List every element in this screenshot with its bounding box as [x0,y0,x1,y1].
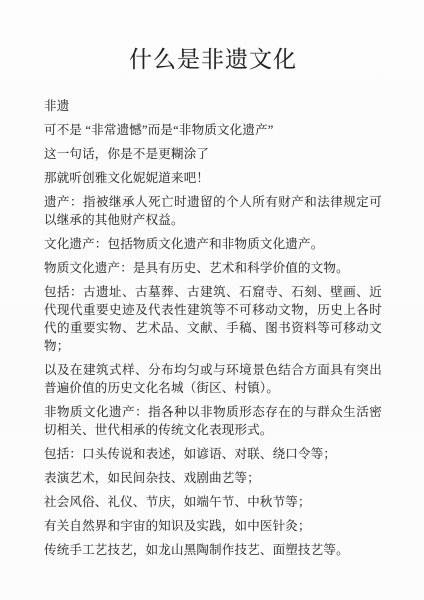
paragraph-social-customs: 社会风俗、礼仪、节庆，如端午节、中秋节等； [44,493,382,511]
paragraph-confused: 这一句话，你是不是更糊涂了 [44,145,382,163]
paragraph-oral-traditions: 包括：口头传说和表述，如谚语、对联、绕口令等； [44,445,382,463]
paragraph-material-includes: 包括：古遗址、古墓葬、古建筑、石窟寺、石刻、壁画、近代现代重要史迹及代表性建筑等… [44,283,382,355]
paragraph-listen-up: 那就听创雅文化妮妮道来吧！ [44,169,382,187]
document-page: 什么是非遗文化 非遗 可不是 “非常遗憾”而是“非物质文化遗产” 这一句话，你是… [0,0,424,600]
document-body: 非遗 可不是 “非常遗憾”而是“非物质文化遗产” 这一句话，你是不是更糊涂了 那… [44,97,382,559]
paragraph-historic-cities: 以及在建筑式样、分布均匀或与环境景色结合方面具有突出普遍价值的历史文化名城（街区… [44,361,382,397]
paragraph-material-heritage: 物质文化遗产：是具有历史、艺术和科学价值的文物。 [44,259,382,277]
paragraph-intangible-definition: 非物质文化遗产：指各种以非物质形态存在的与群众生活密切相关、世代相承的传统文化表… [44,403,382,439]
paragraph-heritage-definition: 遗产：指被继承人死亡时遗留的个人所有财产和法律规定可以继承的其他财产权益。 [44,193,382,229]
paragraph-performing-arts: 表演艺术，如民间杂技、戏剧曲艺等； [44,469,382,487]
paragraph-nature-knowledge: 有关自然界和宇宙的知识及实践，如中医针灸； [44,517,382,535]
paragraph-traditional-crafts: 传统手工艺技艺，如龙山黑陶制作技艺、面塑技艺等。 [44,541,382,559]
paragraph-intro-short: 非遗 [44,97,382,115]
paragraph-cultural-heritage: 文化遗产：包括物质文化遗产和非物质文化遗产。 [44,235,382,253]
page-title: 什么是非遗文化 [44,44,382,76]
paragraph-not-regret: 可不是 “非常遗憾”而是“非物质文化遗产” [44,121,382,139]
